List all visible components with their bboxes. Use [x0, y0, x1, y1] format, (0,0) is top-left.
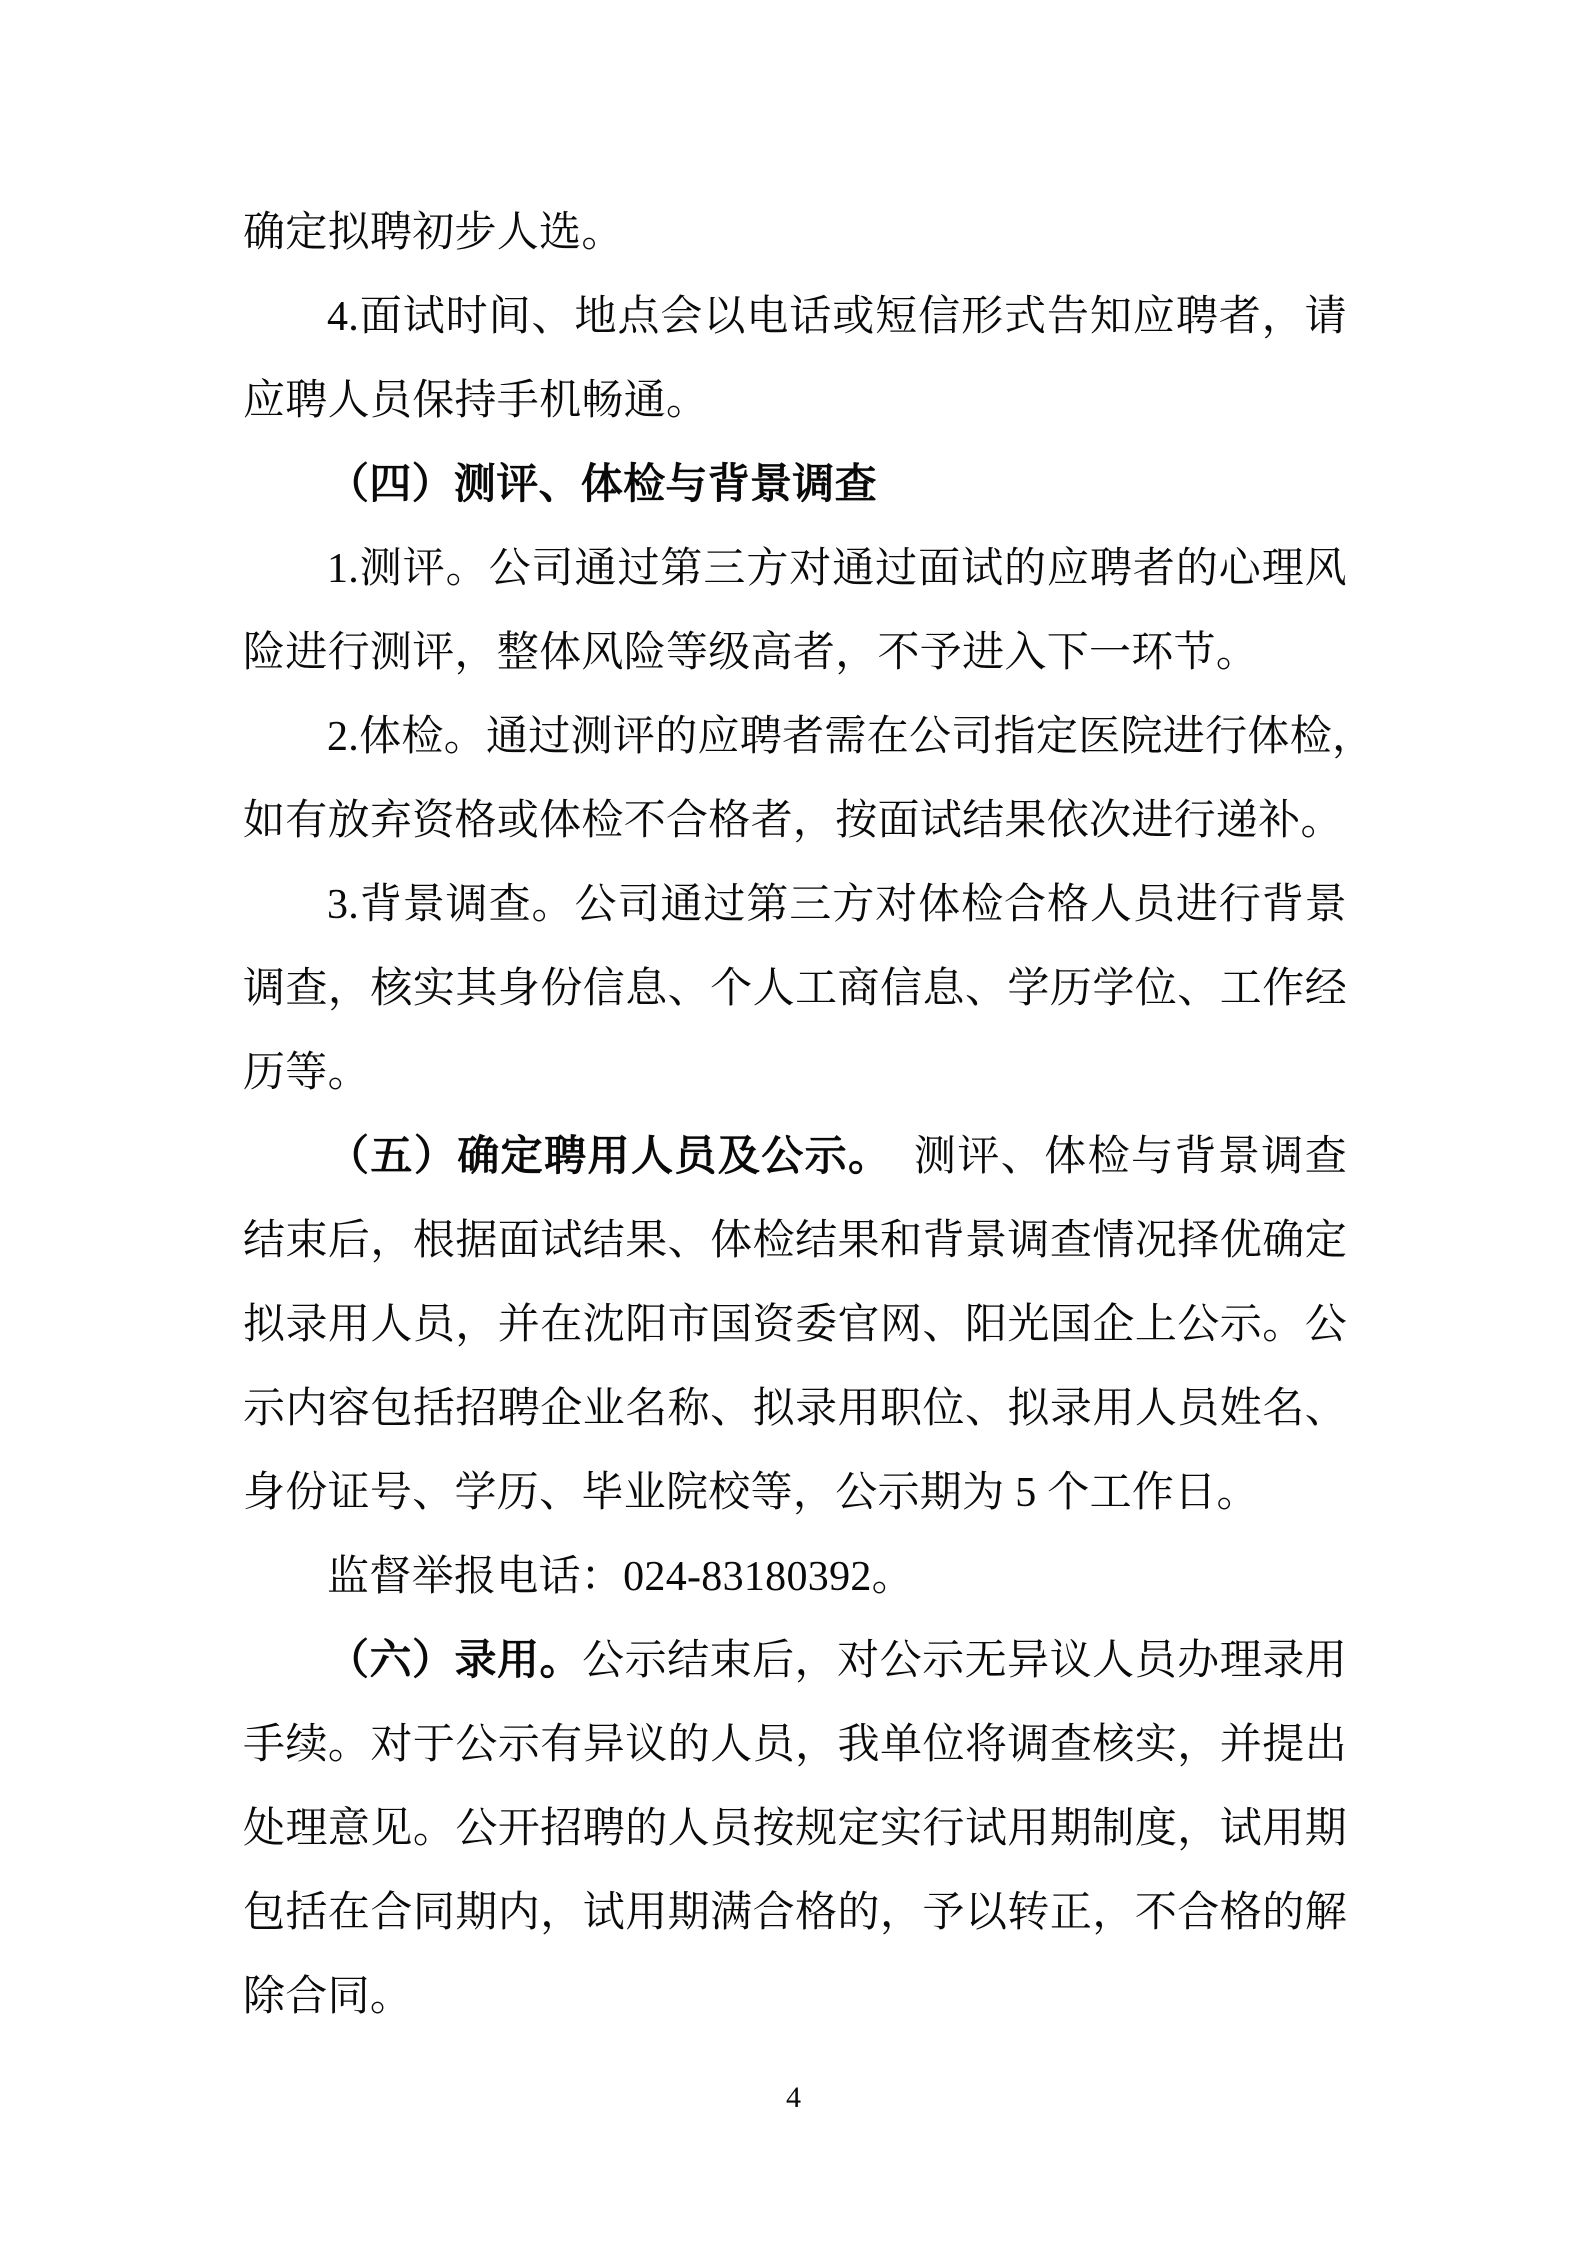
section-4-heading: （四）测评、体检与背景调查	[243, 443, 1347, 527]
heading-text: （六）录用。	[327, 1638, 582, 1684]
line-text: 身份证号、学历、毕业院校等，公示期为 5 个工作日。	[243, 1470, 1259, 1516]
body-line: 险进行测评，整体风险等级高者，不予进入下一环节。	[243, 611, 1347, 695]
page-number: 4	[0, 2080, 1587, 2116]
line-text: 应聘人员保持手机畅通。	[243, 378, 708, 424]
body-line: 如有放弃资格或体检不合格者，按面试结果依次进行递补。	[243, 779, 1347, 863]
line-text: 险进行测评，整体风险等级高者，不予进入下一环节。	[243, 630, 1258, 676]
supervision-phone-line: 监督举报电话：024-83180392。	[243, 1535, 1347, 1619]
body-line: 示内容包括招聘企业名称、拟录用职位、拟录用人员姓名、	[243, 1367, 1347, 1451]
body-line: 包括在合同期内，试用期满合格的，予以转正，不合格的解	[243, 1871, 1347, 1955]
body-line: 4.面试时间、地点会以电话或短信形式告知应聘者，请	[243, 275, 1347, 359]
line-text: 历等。	[243, 1050, 370, 1096]
document-body: 确定拟聘初步人选。 4.面试时间、地点会以电话或短信形式告知应聘者，请 应聘人员…	[243, 191, 1347, 2039]
line-text: 示内容包括招聘企业名称、拟录用职位、拟录用人员姓名、	[243, 1386, 1347, 1432]
body-line: 结束后，根据面试结果、体检结果和背景调查情况择优确定	[243, 1199, 1347, 1283]
line-text: 如有放弃资格或体检不合格者，按面试结果依次进行递补。	[243, 798, 1343, 844]
document-page: { "page": { "number": "4" }, "content": …	[0, 0, 1587, 2245]
section-6-heading-line: （六）录用。公示结束后，对公示无异议人员办理录用	[243, 1619, 1347, 1703]
body-line: 除合同。	[243, 1955, 1347, 2039]
body-line: 3.背景调查。公司通过第三方对体检合格人员进行背景	[243, 863, 1347, 947]
body-line: 1.测评。公司通过第三方对通过面试的应聘者的心理风	[243, 527, 1347, 611]
body-line: 2.体检。通过测评的应聘者需在公司指定医院进行体检，	[243, 695, 1347, 779]
line-text: 除合同。	[243, 1974, 412, 2020]
line-text: 手续。对于公示有异议的人员，我单位将调查核实，并提出	[243, 1722, 1347, 1768]
line-text: 结束后，根据面试结果、体检结果和背景调查情况择优确定	[243, 1218, 1347, 1264]
body-line: 应聘人员保持手机畅通。	[243, 359, 1347, 443]
section-5-heading-line: （五）确定聘用人员及公示。 测评、体检与背景调查	[243, 1115, 1347, 1199]
body-line: 调查，核实其身份信息、个人工商信息、学历学位、工作经	[243, 947, 1347, 1031]
body-line: 手续。对于公示有异议的人员，我单位将调查核实，并提出	[243, 1703, 1347, 1787]
line-text: 处理意见。公开招聘的人员按规定实行试用期制度，试用期	[243, 1806, 1347, 1852]
body-line: 处理意见。公开招聘的人员按规定实行试用期制度，试用期	[243, 1787, 1347, 1871]
body-line: 历等。	[243, 1031, 1347, 1115]
line-text: 包括在合同期内，试用期满合格的，予以转正，不合格的解	[243, 1890, 1347, 1936]
body-line: 确定拟聘初步人选。	[243, 191, 1347, 275]
line-text: 2.体检。通过测评的应聘者需在公司指定医院进行体检，	[327, 714, 1374, 760]
body-line: 身份证号、学历、毕业院校等，公示期为 5 个工作日。	[243, 1451, 1347, 1535]
body-line: 拟录用人员，并在沈阳市国资委官网、阳光国企上公示。公	[243, 1283, 1347, 1367]
line-text: 监督举报电话：024-83180392。	[327, 1554, 914, 1600]
heading-text: （五）确定聘用人员及公示。	[327, 1134, 870, 1180]
line-text: 4.面试时间、地点会以电话或短信形式告知应聘者，请	[327, 294, 1347, 340]
line-text: 调查，核实其身份信息、个人工商信息、学历学位、工作经	[243, 966, 1347, 1012]
line-text: 确定拟聘初步人选。	[243, 210, 624, 256]
line-text: 测评、体检与背景调查	[870, 1134, 1347, 1180]
line-text: 3.背景调查。公司通过第三方对体检合格人员进行背景	[327, 882, 1347, 928]
heading-text: （四）测评、体检与背景调查	[327, 462, 877, 508]
line-text: 公示结束后，对公示无异议人员办理录用	[582, 1638, 1347, 1684]
line-text: 1.测评。公司通过第三方对通过面试的应聘者的心理风	[327, 546, 1347, 592]
line-text: 拟录用人员，并在沈阳市国资委官网、阳光国企上公示。公	[243, 1302, 1347, 1348]
